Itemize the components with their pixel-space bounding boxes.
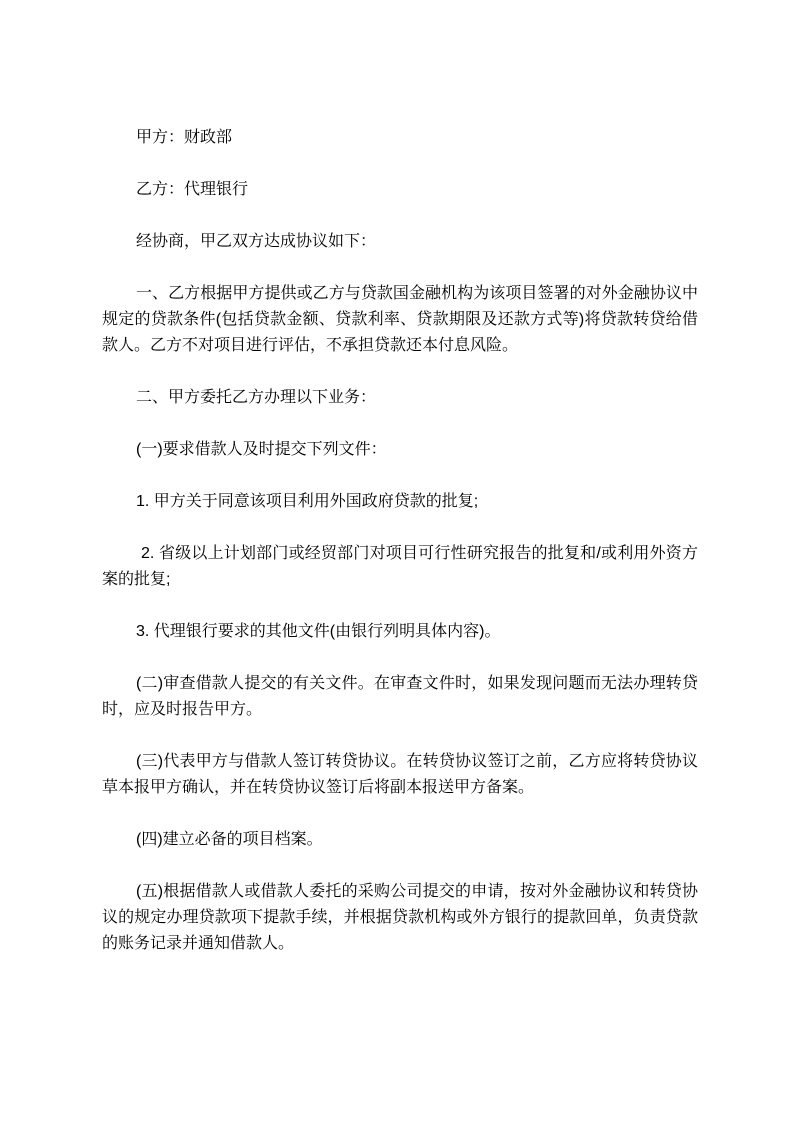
- paragraph-clause-2-item-1-doc-3: 3. 代理银行要求的其他文件(由银行列明具体内容)。: [102, 619, 698, 645]
- paragraph-clause-2-item-4: (四)建立必备的项目档案。: [102, 827, 698, 853]
- paragraph-clause-2-item-3: (三)代表甲方与借款人签订转贷协议。在转贷协议签订之前，乙方应将转贷协议草本报甲…: [102, 749, 698, 801]
- paragraph-preamble: 经协商，甲乙双方达成协议如下：: [102, 229, 698, 255]
- paragraph-clause-2-item-1-doc-2: 2. 省级以上计划部门或经贸部门对项目可行性研究报告的批复和/或利用外资方案的批…: [102, 541, 698, 593]
- paragraph-clause-2: 二、甲方委托乙方办理以下业务：: [102, 385, 698, 411]
- paragraph-clause-1: 一、乙方根据甲方提供或乙方与贷款国金融机构为该项目签署的对外金融协议中规定的贷款…: [102, 281, 698, 359]
- paragraph-clause-2-item-5: (五)根据借款人或借款人委托的采购公司提交的申请，按对外金融协议和转贷协议的规定…: [102, 879, 698, 957]
- document-page: 甲方：财政部乙方：代理银行经协商，甲乙双方达成协议如下：一、乙方根据甲方提供或乙…: [0, 0, 793, 1122]
- paragraph-party-b: 乙方：代理银行: [102, 177, 698, 203]
- paragraph-clause-2-item-1-doc-1: 1. 甲方关于同意该项目利用外国政府贷款的批复;: [102, 489, 698, 515]
- paragraph-party-a: 甲方：财政部: [102, 125, 698, 151]
- paragraph-clause-2-item-1: (一)要求借款人及时提交下列文件：: [102, 437, 698, 463]
- document-body: 甲方：财政部乙方：代理银行经协商，甲乙双方达成协议如下：一、乙方根据甲方提供或乙…: [102, 125, 698, 983]
- paragraph-clause-2-item-2: (二)审查借款人提交的有关文件。在审查文件时，如果发现问题而无法办理转贷时，应及…: [102, 671, 698, 723]
